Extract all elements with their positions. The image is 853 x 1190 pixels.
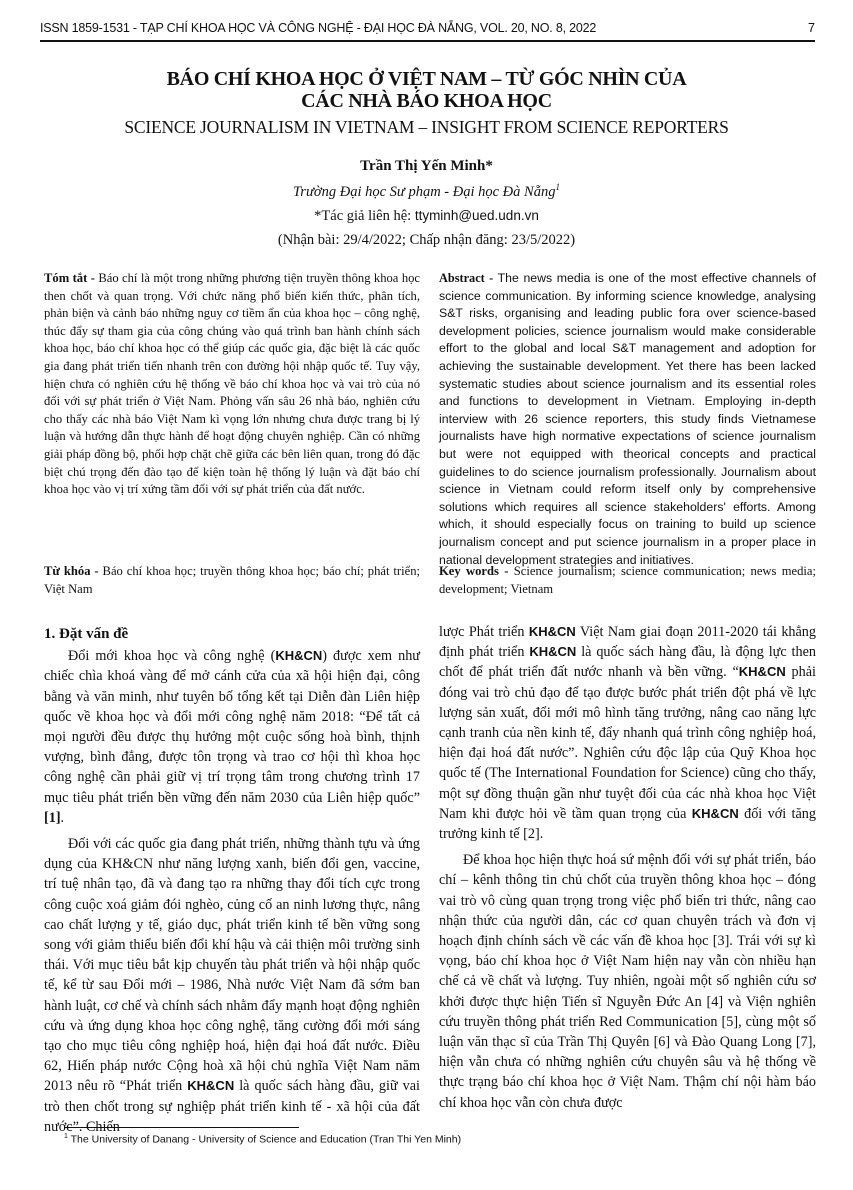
journal-running-title: ISSN 1859-1531 - TẠP CHÍ KHOA HỌC VÀ CÔN… bbox=[40, 21, 596, 35]
body-column-left: 1. Đặt vấn đề Đổi mới khoa học và công n… bbox=[44, 624, 420, 1143]
paragraph: Đổi mới khoa học và công nghệ (KH&CN) đư… bbox=[44, 646, 420, 828]
section-heading: 1. Đặt vấn đề bbox=[44, 624, 420, 644]
paragraph: Đối với các quốc gia đang phát triển, nh… bbox=[44, 834, 420, 1137]
footnote-text: The University of Danang - University of… bbox=[68, 1134, 461, 1146]
body-column-right: lược Phát triển KH&CN Việt Nam giai đoạn… bbox=[439, 622, 816, 1119]
abstract-vietnamese: Tóm tắt - Báo chí là một trong những phư… bbox=[44, 270, 420, 499]
affiliation-text: Trường Đại học Sư phạm - Đại học Đà Nẵng bbox=[293, 184, 555, 200]
abstract-vi-label: Tóm tắt - bbox=[44, 271, 95, 285]
keywords-vietnamese: Từ khóa - Báo chí khoa học; truyền thông… bbox=[44, 563, 420, 598]
author-name: Trần Thị Yến Minh* bbox=[0, 158, 853, 175]
email-link[interactable]: ttyminh@ued.udn.vn bbox=[415, 208, 539, 223]
abstract-en-label: Abstract - bbox=[439, 271, 493, 285]
title-line-1: BÁO CHÍ KHOA HỌC Ở VIỆT NAM – TỪ GÓC NHÌ… bbox=[0, 68, 853, 90]
running-header: ISSN 1859-1531 - TẠP CHÍ KHOA HỌC VÀ CÔN… bbox=[40, 18, 815, 42]
paper-title-vi: BÁO CHÍ KHOA HỌC Ở VIỆT NAM – TỪ GÓC NHÌ… bbox=[0, 68, 853, 112]
page-number: 7 bbox=[808, 21, 815, 35]
keywords-vi-text: Báo chí khoa học; truyền thông khoa học;… bbox=[44, 564, 420, 596]
corresponding-author: *Tác giả liên hệ: ttyminh@ued.udn.vn bbox=[0, 208, 853, 225]
citation-link[interactable]: [1] bbox=[44, 810, 61, 826]
paragraph: Để khoa học hiện thực hoá sứ mệnh đối vớ… bbox=[439, 850, 816, 1113]
author-affiliation: Trường Đại học Sư phạm - Đại học Đà Nẵng… bbox=[0, 182, 853, 201]
abstract-en-text: The news media is one of the most effect… bbox=[439, 271, 816, 567]
keywords-vi-label: Từ khóa - bbox=[44, 564, 99, 578]
keywords-en-label: Key words - bbox=[439, 564, 508, 578]
title-line-2: CÁC NHÀ BÁO KHOA HỌC bbox=[0, 90, 853, 112]
keywords-english: Key words - Science journalism; science … bbox=[439, 563, 816, 598]
paper-title-en: SCIENCE JOURNALISM IN VIETNAM – INSIGHT … bbox=[0, 117, 853, 138]
footnote-mark: 1 bbox=[555, 182, 560, 192]
footnote-divider bbox=[64, 1127, 299, 1128]
abstract-vi-text: Báo chí là một trong những phương tiện t… bbox=[44, 271, 420, 496]
paragraph: lược Phát triển KH&CN Việt Nam giai đoạn… bbox=[439, 622, 816, 844]
received-dates: (Nhận bài: 29/4/2022; Chấp nhận đăng: 23… bbox=[0, 232, 853, 249]
contact-label: *Tác giả liên hệ: bbox=[314, 208, 415, 224]
footnote: 1 The University of Danang - University … bbox=[64, 1133, 461, 1146]
abstract-english: Abstract - The news media is one of the … bbox=[439, 270, 816, 569]
